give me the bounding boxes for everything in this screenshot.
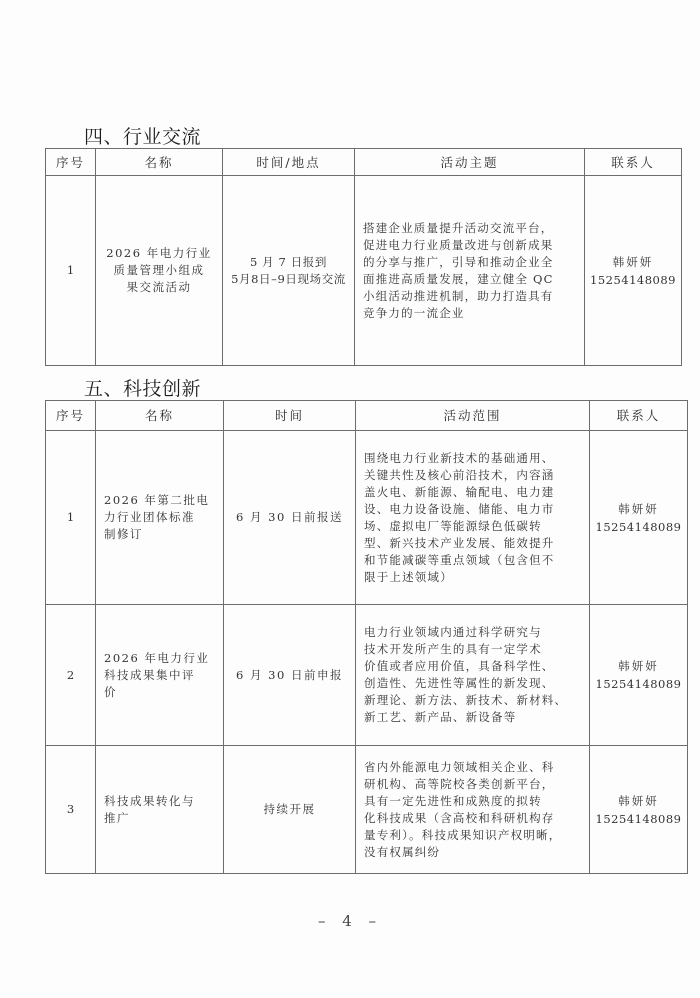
scope-line: 价值或者应用价值，具备科学性、	[364, 658, 581, 675]
scope-line: 限于上述领域）	[364, 569, 581, 586]
column-header-theme: 活动主题	[355, 149, 585, 176]
scope-line: 研机构、高等院校各类创新平台，	[364, 776, 581, 793]
row-seq: 1	[46, 431, 96, 605]
scope-line: 电力行业领域内通过科学研究与	[364, 624, 581, 641]
column-header-time: 时间	[224, 401, 356, 431]
contact-name: 韩妍妍	[590, 500, 687, 518]
document-page: 四、行业交流 序号 名称 时间/地点 活动主题 联系人 1 2026 年电力行业	[0, 0, 700, 998]
scope-line: 新理论、新方法、新技术、新材料、	[364, 692, 581, 709]
time-line: 6 月 30 日前报送	[224, 509, 355, 526]
contact-phone: 15254148089	[590, 810, 687, 828]
row-time: 6 月 30 日前报送	[224, 431, 356, 605]
row-scope: 围绕电力行业新技术的基础通用、 关键共性及核心前沿技术，内容涵 盖火电、新能源、…	[356, 431, 590, 605]
row-time: 持续开展	[224, 746, 356, 874]
name-line: 质量管理小组成	[104, 262, 214, 279]
row-seq: 2	[46, 605, 96, 746]
theme-line: 的分享与推广，引导和推动企业全	[363, 254, 576, 271]
theme-line: 搭建企业质量提升活动交流平台，	[363, 220, 576, 237]
scope-line: 创造性、先进性等属性的新发现、	[364, 675, 581, 692]
row-seq: 1	[46, 176, 96, 366]
theme-line: 面推进高质量发展，建立健全 QC	[363, 271, 576, 288]
contact-phone: 15254148089	[590, 675, 687, 693]
row-theme: 搭建企业质量提升活动交流平台， 促进电力行业质量改进与创新成果 的分享与推广，引…	[355, 176, 585, 366]
row-contact: 韩妍妍 15254148089	[590, 605, 688, 746]
column-header-scope: 活动范围	[356, 401, 590, 431]
row-time-place: 5 月 7 日报到 5月8日–9日现场交流	[223, 176, 355, 366]
time-line: 5月8日–9日现场交流	[223, 271, 354, 288]
theme-line: 促进电力行业质量改进与创新成果	[363, 237, 576, 254]
column-header-name: 名称	[96, 401, 224, 431]
table-row: 3 科技成果转化与 推广 持续开展 省内外能源电力领域相关企业、科 研机构、高等…	[46, 746, 688, 874]
scope-line: 具有一定先进性和成熟度的拟转	[364, 793, 581, 810]
time-line: 5 月 7 日报到	[223, 254, 354, 271]
scope-line: 技术开发所产生的具有一定学术	[364, 641, 581, 658]
row-scope: 省内外能源电力领域相关企业、科 研机构、高等院校各类创新平台， 具有一定先进性和…	[356, 746, 590, 874]
row-name: 2026 年电力行业 科技成果集中评 价	[96, 605, 224, 746]
scope-line: 围绕电力行业新技术的基础通用、	[364, 450, 581, 467]
table-header-row: 序号 名称 时间/地点 活动主题 联系人	[46, 149, 682, 176]
name-line: 推广	[104, 810, 215, 827]
contact-name: 韩妍妍	[585, 253, 681, 271]
scope-line: 场、虚拟电厂等能源绿色低碳转	[364, 518, 581, 535]
scope-line: 和节能减碳等重点领域（包含但不	[364, 552, 581, 569]
name-line: 制修订	[104, 526, 215, 543]
section-heading-industry-exchange: 四、行业交流	[84, 122, 201, 149]
contact-phone: 15254148089	[585, 271, 681, 289]
name-line: 科技成果转化与	[104, 793, 215, 810]
table-row: 2 2026 年电力行业 科技成果集中评 价 6 月 30 日前申报 电力行业领…	[46, 605, 688, 746]
column-header-name: 名称	[96, 149, 223, 176]
column-header-seq: 序号	[46, 149, 96, 176]
name-line: 2026 年第二批电	[104, 492, 215, 509]
column-header-time-place: 时间/地点	[223, 149, 355, 176]
scope-line: 化科技成果（含高校和科研机构存	[364, 810, 581, 827]
name-line: 2026 年电力行业	[104, 245, 214, 262]
row-name: 2026 年第二批电 力行业团体标准 制修订	[96, 431, 224, 605]
table-row: 1 2026 年电力行业 质量管理小组成 果交流活动 5 月 7 日报到 5月8…	[46, 176, 682, 366]
scope-line: 关键共性及核心前沿技术，内容涵	[364, 467, 581, 484]
tech-innovation-table: 序号 名称 时间 活动范围 联系人 1 2026 年第二批电 力行业团体标准 制…	[45, 400, 688, 874]
scope-line: 省内外能源电力领域相关企业、科	[364, 759, 581, 776]
table-header-row: 序号 名称 时间 活动范围 联系人	[46, 401, 688, 431]
row-time: 6 月 30 日前申报	[224, 605, 356, 746]
time-line: 6 月 30 日前申报	[224, 667, 355, 684]
row-contact: 韩妍妍 15254148089	[590, 431, 688, 605]
scope-line: 没有权属纠纷	[364, 844, 581, 861]
name-line: 2026 年电力行业	[104, 650, 215, 667]
scope-line: 设、电力设备设施、储能、电力市	[364, 501, 581, 518]
theme-line: 竞争力的一流企业	[363, 305, 576, 322]
row-name: 科技成果转化与 推广	[96, 746, 224, 874]
name-line: 力行业团体标准	[104, 509, 215, 526]
column-header-seq: 序号	[46, 401, 96, 431]
contact-phone: 15254148089	[590, 518, 687, 536]
column-header-contact: 联系人	[585, 149, 682, 176]
name-line: 价	[104, 684, 215, 701]
scope-line: 盖火电、新能源、输配电、电力建	[364, 484, 581, 501]
column-header-contact: 联系人	[590, 401, 688, 431]
name-line: 果交流活动	[104, 279, 214, 296]
row-name: 2026 年电力行业 质量管理小组成 果交流活动	[96, 176, 223, 366]
row-contact: 韩妍妍 15254148089	[585, 176, 682, 366]
page-number: – 4 –	[0, 912, 700, 930]
row-scope: 电力行业领域内通过科学研究与 技术开发所产生的具有一定学术 价值或者应用价值，具…	[356, 605, 590, 746]
scope-line: 量专利）。科技成果知识产权明晰，	[364, 827, 581, 844]
row-seq: 3	[46, 746, 96, 874]
table-row: 1 2026 年第二批电 力行业团体标准 制修订 6 月 30 日前报送 围绕电…	[46, 431, 688, 605]
section-heading-tech-innovation: 五、科技创新	[84, 374, 201, 401]
row-contact: 韩妍妍 15254148089	[590, 746, 688, 874]
scope-line: 型、新兴技术产业发展、能效提升	[364, 535, 581, 552]
contact-name: 韩妍妍	[590, 657, 687, 675]
contact-name: 韩妍妍	[590, 792, 687, 810]
industry-exchange-table: 序号 名称 时间/地点 活动主题 联系人 1 2026 年电力行业 质量管理小组…	[45, 148, 682, 366]
time-line: 持续开展	[224, 801, 355, 818]
scope-line: 新工艺、新产品、新设备等	[364, 709, 581, 726]
theme-line: 小组活动推进机制，助力打造具有	[363, 288, 576, 305]
name-line: 科技成果集中评	[104, 667, 215, 684]
